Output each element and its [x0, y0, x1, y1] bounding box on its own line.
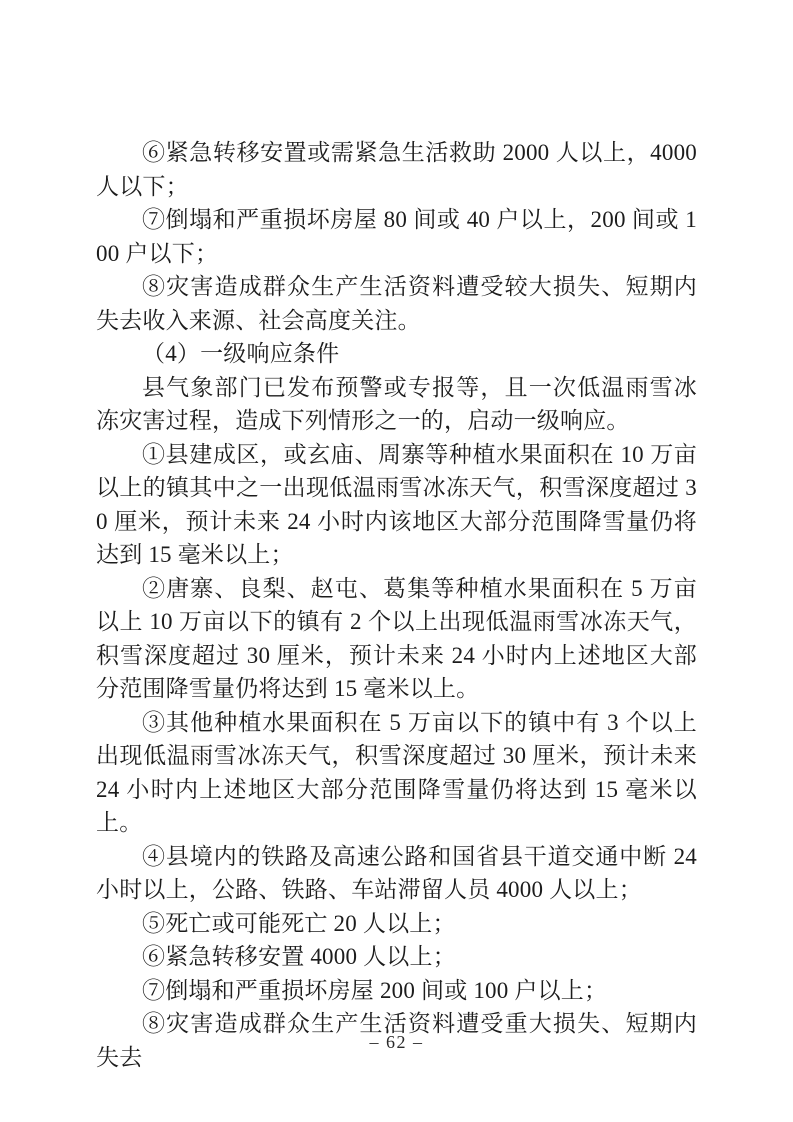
paragraph-item-5-level1: ⑤死亡或可能死亡 20 人以上； — [96, 907, 697, 941]
paragraph-item-7-level1: ⑦倒塌和严重损坏房屋 200 间或 100 户以上； — [96, 974, 697, 1008]
paragraph-item-4-level1: ④县境内的铁路及高速公路和国省县干道交通中断 24 小时以上，公路、铁路、车站滞… — [96, 840, 697, 907]
page-number: – 62 – — [0, 1031, 793, 1053]
paragraph-item-7-level2: ⑦倒塌和严重损坏房屋 80 间或 40 户以上，200 间或 100 户以下； — [96, 203, 697, 270]
paragraph-item-2-level1: ②唐寨、良梨、赵屯、葛集等种植水果面积在 5 万亩以上 10 万亩以下的镇有 2… — [96, 572, 697, 706]
document-page: ⑥紧急转移安置或需紧急生活救助 2000 人以上，4000 人以下； ⑦倒塌和严… — [0, 0, 793, 1122]
document-body: ⑥紧急转移安置或需紧急生活救助 2000 人以上，4000 人以下； ⑦倒塌和严… — [96, 136, 697, 1074]
paragraph-item-6-level1: ⑥紧急转移安置 4000 人以上； — [96, 940, 697, 974]
paragraph-item-3-level1: ③其他种植水果面积在 5 万亩以下的镇中有 3 个以上出现低温雨雪冰冻天气，积雪… — [96, 706, 697, 840]
paragraph-intro-level1: 县气象部门已发布预警或专报等，且一次低温雨雪冰冻灾害过程，造成下列情形之一的，启… — [96, 371, 697, 438]
paragraph-item-6-level2: ⑥紧急转移安置或需紧急生活救助 2000 人以上，4000 人以下； — [96, 136, 697, 203]
paragraph-item-1-level1: ①县建成区，或玄庙、周寨等种植水果面积在 10 万亩以上的镇其中之一出现低温雨雪… — [96, 438, 697, 572]
section-heading-level1-conditions: （4）一级响应条件 — [96, 337, 697, 371]
paragraph-item-8-level2: ⑧灾害造成群众生产生活资料遭受较大损失、短期内失去收入来源、社会高度关注。 — [96, 270, 697, 337]
